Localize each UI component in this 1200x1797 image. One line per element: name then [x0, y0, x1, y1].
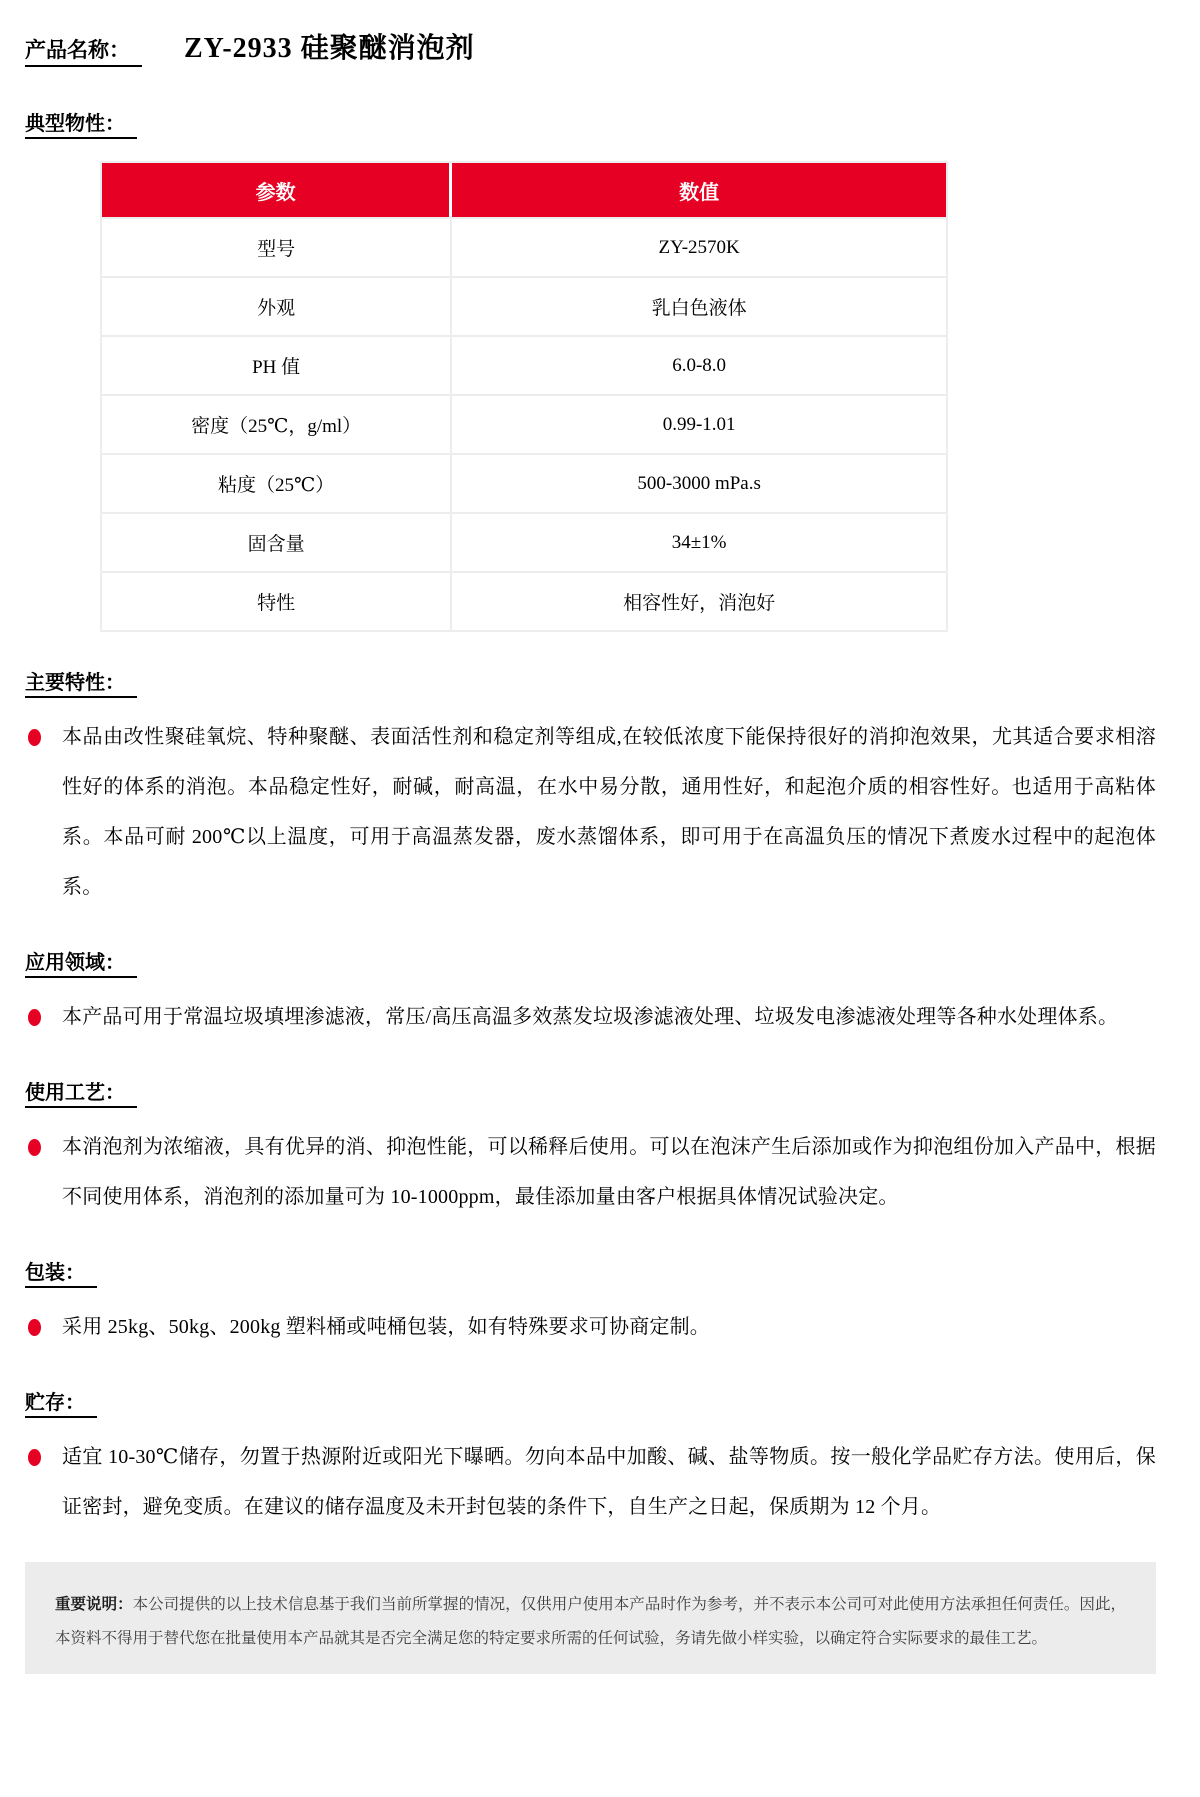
section-heading-label: 使用工艺： — [25, 1076, 137, 1108]
section-storage: 贮存： — [25, 1386, 1156, 1418]
param-cell: PH 值 — [102, 335, 452, 394]
value-cell: 34±1% — [452, 512, 946, 571]
product-header: 产品名称： ZY-2933 硅聚醚消泡剂 — [25, 26, 1156, 67]
section-packaging: 包装： — [25, 1256, 1156, 1288]
product-name-label: 产品名称： — [25, 34, 142, 67]
table-row: 特性 相容性好，消泡好 — [102, 571, 946, 630]
bullet-icon — [28, 1319, 41, 1336]
table-row: 密度（25℃，g/ml） 0.99-1.01 — [102, 394, 946, 453]
table-row: 粘度（25℃） 500-3000 mPa.s — [102, 453, 946, 512]
properties-table: 参数 数值 型号 ZY-2570K 外观 乳白色液体 PH 值 6.0-8.0 … — [100, 161, 948, 632]
bullet-icon — [28, 1009, 41, 1026]
table-header-row: 参数 数值 — [102, 163, 946, 217]
bullet-icon — [28, 1449, 41, 1466]
section-heading-label: 包装： — [25, 1256, 97, 1288]
document-page: 产品名称： ZY-2933 硅聚醚消泡剂 典型物性： 参数 数值 型号 ZY-2… — [0, 0, 1200, 1674]
disclaimer-label: 重要说明： — [55, 1596, 133, 1613]
paragraph-text: 本消泡剂为浓缩液，具有优异的消、抑泡性能，可以稀释后使用。可以在泡沫产生后添加或… — [62, 1136, 1156, 1208]
section-usage-process: 使用工艺： — [25, 1076, 1156, 1108]
param-cell: 粘度（25℃） — [102, 453, 452, 512]
table-head: 参数 数值 — [102, 163, 946, 217]
value-cell: 0.99-1.01 — [452, 394, 946, 453]
bullet-paragraph: 本产品可用于常温垃圾填埋渗滤液，常压/高压高温多效蒸发垃圾渗滤液处理、垃圾发电渗… — [25, 992, 1156, 1042]
table-row: 外观 乳白色液体 — [102, 276, 946, 335]
disclaimer-text: 本公司提供的以上技术信息基于我们当前所掌握的情况，仅供用户使用本产品时作为参考，… — [55, 1596, 1126, 1647]
bullet-paragraph: 本品由改性聚硅氧烷、特种聚醚、表面活性剂和稳定剂等组成,在较低浓度下能保持很好的… — [25, 712, 1156, 912]
bullet-icon — [28, 1139, 41, 1156]
value-cell: ZY-2570K — [452, 217, 946, 276]
section-heading-label: 典型物性： — [25, 107, 137, 139]
table-body: 型号 ZY-2570K 外观 乳白色液体 PH 值 6.0-8.0 密度（25℃… — [102, 217, 946, 630]
table-header-value: 数值 — [452, 163, 946, 217]
value-cell: 乳白色液体 — [452, 276, 946, 335]
section-heading-label: 贮存： — [25, 1386, 97, 1418]
table-row: 型号 ZY-2570K — [102, 217, 946, 276]
bullet-paragraph: 本消泡剂为浓缩液，具有优异的消、抑泡性能，可以稀释后使用。可以在泡沫产生后添加或… — [25, 1122, 1156, 1222]
paragraph-text: 采用 25kg、50kg、200kg 塑料桶或吨桶包装，如有特殊要求可协商定制。 — [62, 1316, 710, 1338]
param-cell: 特性 — [102, 571, 452, 630]
value-cell: 500-3000 mPa.s — [452, 453, 946, 512]
section-heading-label: 主要特性： — [25, 666, 137, 698]
bullet-paragraph: 适宜 10-30℃储存，勿置于热源附近或阳光下曝晒。勿向本品中加酸、碱、盐等物质… — [25, 1432, 1156, 1532]
section-application-areas: 应用领域： — [25, 946, 1156, 978]
product-title: ZY-2933 硅聚醚消泡剂 — [184, 26, 475, 66]
paragraph-text: 本产品可用于常温垃圾填埋渗滤液，常压/高压高温多效蒸发垃圾渗滤液处理、垃圾发电渗… — [62, 1006, 1118, 1028]
section-main-features: 主要特性： — [25, 666, 1156, 698]
value-cell: 6.0-8.0 — [452, 335, 946, 394]
param-cell: 型号 — [102, 217, 452, 276]
param-cell: 密度（25℃，g/ml） — [102, 394, 452, 453]
bullet-paragraph: 采用 25kg、50kg、200kg 塑料桶或吨桶包装，如有特殊要求可协商定制。 — [25, 1302, 1156, 1352]
table-row: 固含量 34±1% — [102, 512, 946, 571]
disclaimer-box: 重要说明：本公司提供的以上技术信息基于我们当前所掌握的情况，仅供用户使用本产品时… — [25, 1562, 1156, 1674]
param-cell: 外观 — [102, 276, 452, 335]
table-header-parameter: 参数 — [102, 163, 452, 217]
value-cell: 相容性好，消泡好 — [452, 571, 946, 630]
bullet-icon — [28, 729, 41, 746]
section-typical-properties: 典型物性： — [25, 107, 1156, 139]
paragraph-text: 适宜 10-30℃储存，勿置于热源附近或阳光下曝晒。勿向本品中加酸、碱、盐等物质… — [62, 1446, 1156, 1518]
table-row: PH 值 6.0-8.0 — [102, 335, 946, 394]
param-cell: 固含量 — [102, 512, 452, 571]
section-heading-label: 应用领域： — [25, 946, 137, 978]
paragraph-text: 本品由改性聚硅氧烷、特种聚醚、表面活性剂和稳定剂等组成,在较低浓度下能保持很好的… — [62, 726, 1156, 898]
